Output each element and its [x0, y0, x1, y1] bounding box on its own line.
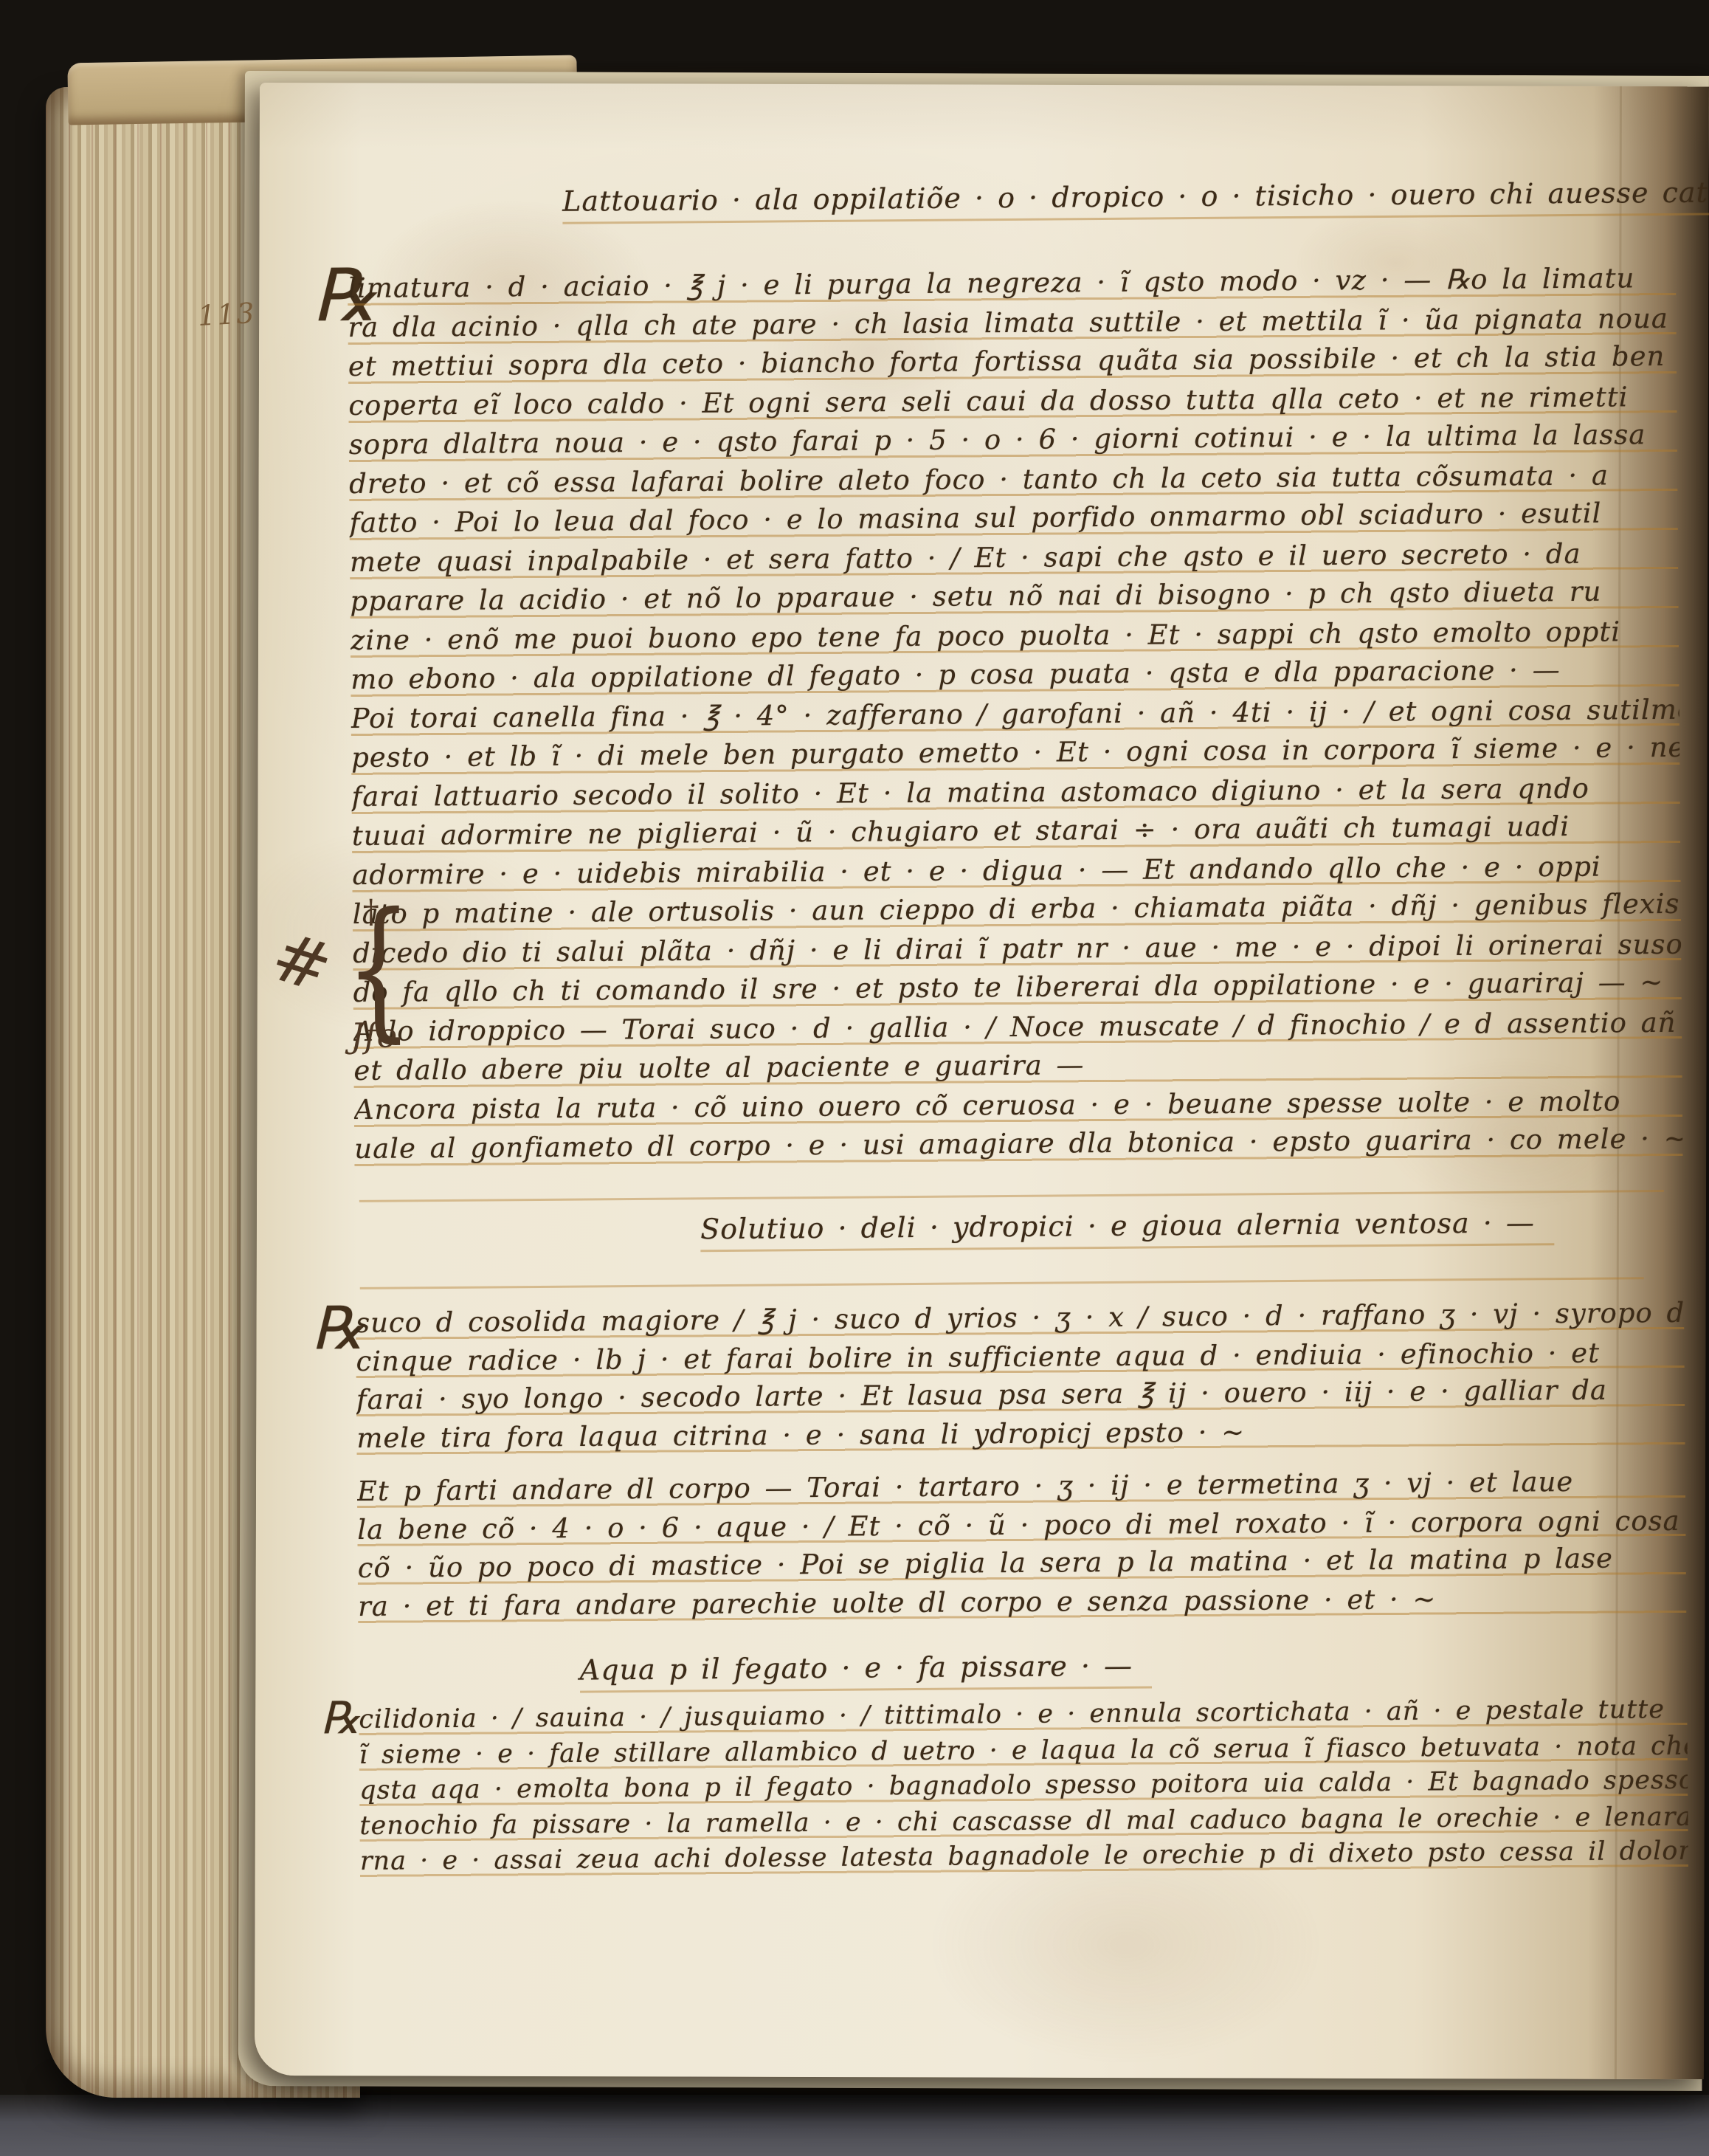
chapter-heading: Lattouario · ala oppilatiõe · o · dropic…: [562, 175, 1709, 224]
text-line: mele tira fora laqua citrina · e · sana …: [356, 1411, 1685, 1458]
recipe-paragraph-2a: suco d cosolida magiore / ℥ j · suco d y…: [356, 1295, 1685, 1458]
blank-ruled-line: [360, 1277, 1644, 1289]
folio-number: 113: [197, 297, 257, 332]
blank-ruled-line: [359, 1190, 1664, 1202]
section-heading-solutiuo: Solutiuo · deli · ydropici · e gioua ale…: [700, 1207, 1554, 1252]
manuscript-photograph: 113 Lattouario · ala oppilatiõe · o · dr…: [0, 0, 1709, 2156]
margin-note-mark: Jfo: [351, 1016, 398, 1055]
recipe-initial-rx-3: ℞: [320, 1696, 360, 1740]
text-line: ra · et ti fara andare parechie uolte dl…: [358, 1580, 1686, 1627]
margin-cross-mark: †: [363, 893, 379, 931]
recipe-paragraph-2b: Et p farti andare dl corpo — Torai · tar…: [357, 1463, 1687, 1627]
recipe-paragraph-1: limatura · d · aciaio · ℥ j · e li purga…: [348, 260, 1683, 1170]
recipe-paragraph-3: cilidonia · / sauina · / jusquiamo · / t…: [359, 1693, 1688, 1881]
manuscript-text: Lattouario · ala oppilatiõe · o · dropic…: [347, 173, 1696, 1991]
section-heading-aqua: Aqua p il fegato · e · fa pissare · —: [580, 1650, 1153, 1692]
